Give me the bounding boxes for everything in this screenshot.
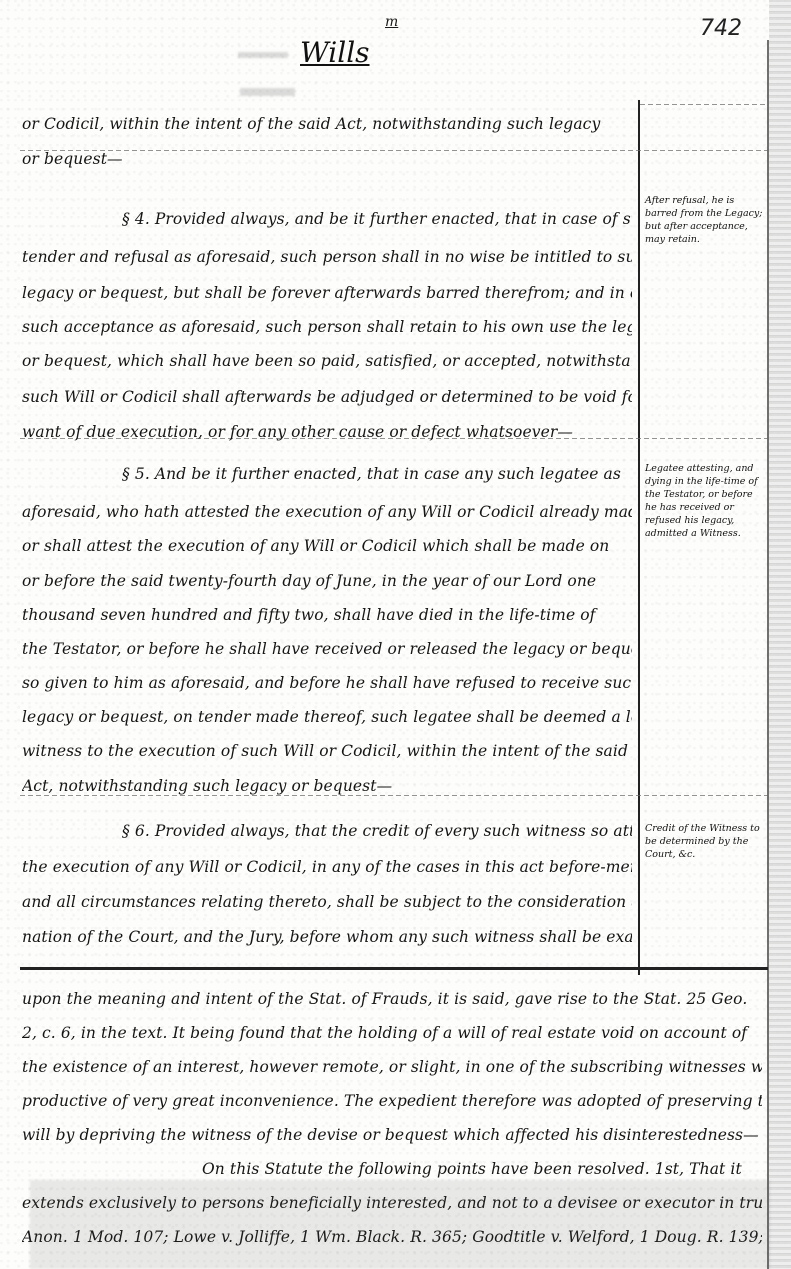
text-line: or Codicil, within the intent of the sai…: [22, 115, 632, 133]
ink-smudge: [238, 52, 288, 58]
text-line: nation of the Court, and the Jury, befor…: [22, 928, 632, 946]
ruled-line: [640, 104, 768, 105]
section-divider: [20, 967, 768, 970]
text-line: so given to him as aforesaid, and before…: [22, 674, 632, 692]
commentary-line: the existence of an interest, however re…: [22, 1058, 762, 1076]
scan-noise: [30, 1180, 770, 1269]
ink-smudge: [240, 88, 295, 96]
page-number: 742: [700, 16, 742, 41]
text-line: or bequest—: [22, 150, 632, 168]
section-5-heading-line: § 5. And be it further enacted, that in …: [22, 465, 632, 483]
ruled-line: [20, 795, 768, 796]
text-line: tender and refusal as aforesaid, such pe…: [22, 248, 632, 266]
commentary-line: productive of very great inconvenience. …: [22, 1092, 762, 1110]
text-line: such Will or Codicil shall afterwards be…: [22, 388, 632, 406]
commentary-line: will by depriving the witness of the dev…: [22, 1126, 762, 1144]
text-line: thousand seven hundred and fifty two, sh…: [22, 606, 632, 624]
margin-note-section-6: Credit of the Witness to be determined b…: [645, 822, 763, 861]
margin-column-divider: [638, 100, 640, 975]
title-superscript: m: [385, 14, 398, 30]
section-6-heading-line: § 6. Provided always, that the credit of…: [22, 822, 632, 840]
commentary-line: 2, c. 6, in the text. It being found tha…: [22, 1024, 762, 1042]
section-4-heading-line: § 4. Provided always, and be it further …: [22, 210, 632, 228]
text-line: witness to the execution of such Will or…: [22, 742, 632, 760]
text-line: or shall attest the execution of any Wil…: [22, 537, 632, 555]
text-line: legacy or bequest, on tender made thereo…: [22, 708, 632, 726]
text-line: the Testator, or before he shall have re…: [22, 640, 632, 658]
text-line: or before the said twenty-fourth day of …: [22, 572, 632, 590]
commentary-line: upon the meaning and intent of the Stat.…: [22, 990, 762, 1008]
text-line: or bequest, which shall have been so pai…: [22, 352, 632, 370]
margin-note-section-5: Legatee attesting, and dying in the life…: [645, 462, 763, 540]
text-line: such acceptance as aforesaid, such perso…: [22, 318, 632, 336]
page-title: Wills: [300, 36, 370, 69]
commentary-line: On this Statute the following points hav…: [22, 1160, 762, 1178]
right-border-line: [767, 40, 769, 1269]
document-page: Wills m 742 or Codicil, within the inten…: [0, 0, 791, 1269]
text-line: and all circumstances relating thereto, …: [22, 893, 632, 911]
text-line: the execution of any Will or Codicil, in…: [22, 858, 632, 876]
text-line: Act, notwithstanding such legacy or bequ…: [22, 777, 632, 795]
text-line: want of due execution, or for any other …: [22, 423, 632, 441]
text-line: aforesaid, who hath attested the executi…: [22, 503, 632, 521]
margin-note-section-4: After refusal, he is barred from the Leg…: [645, 194, 763, 246]
text-line: legacy or bequest, but shall be forever …: [22, 284, 632, 302]
page-edge: [769, 0, 791, 1269]
